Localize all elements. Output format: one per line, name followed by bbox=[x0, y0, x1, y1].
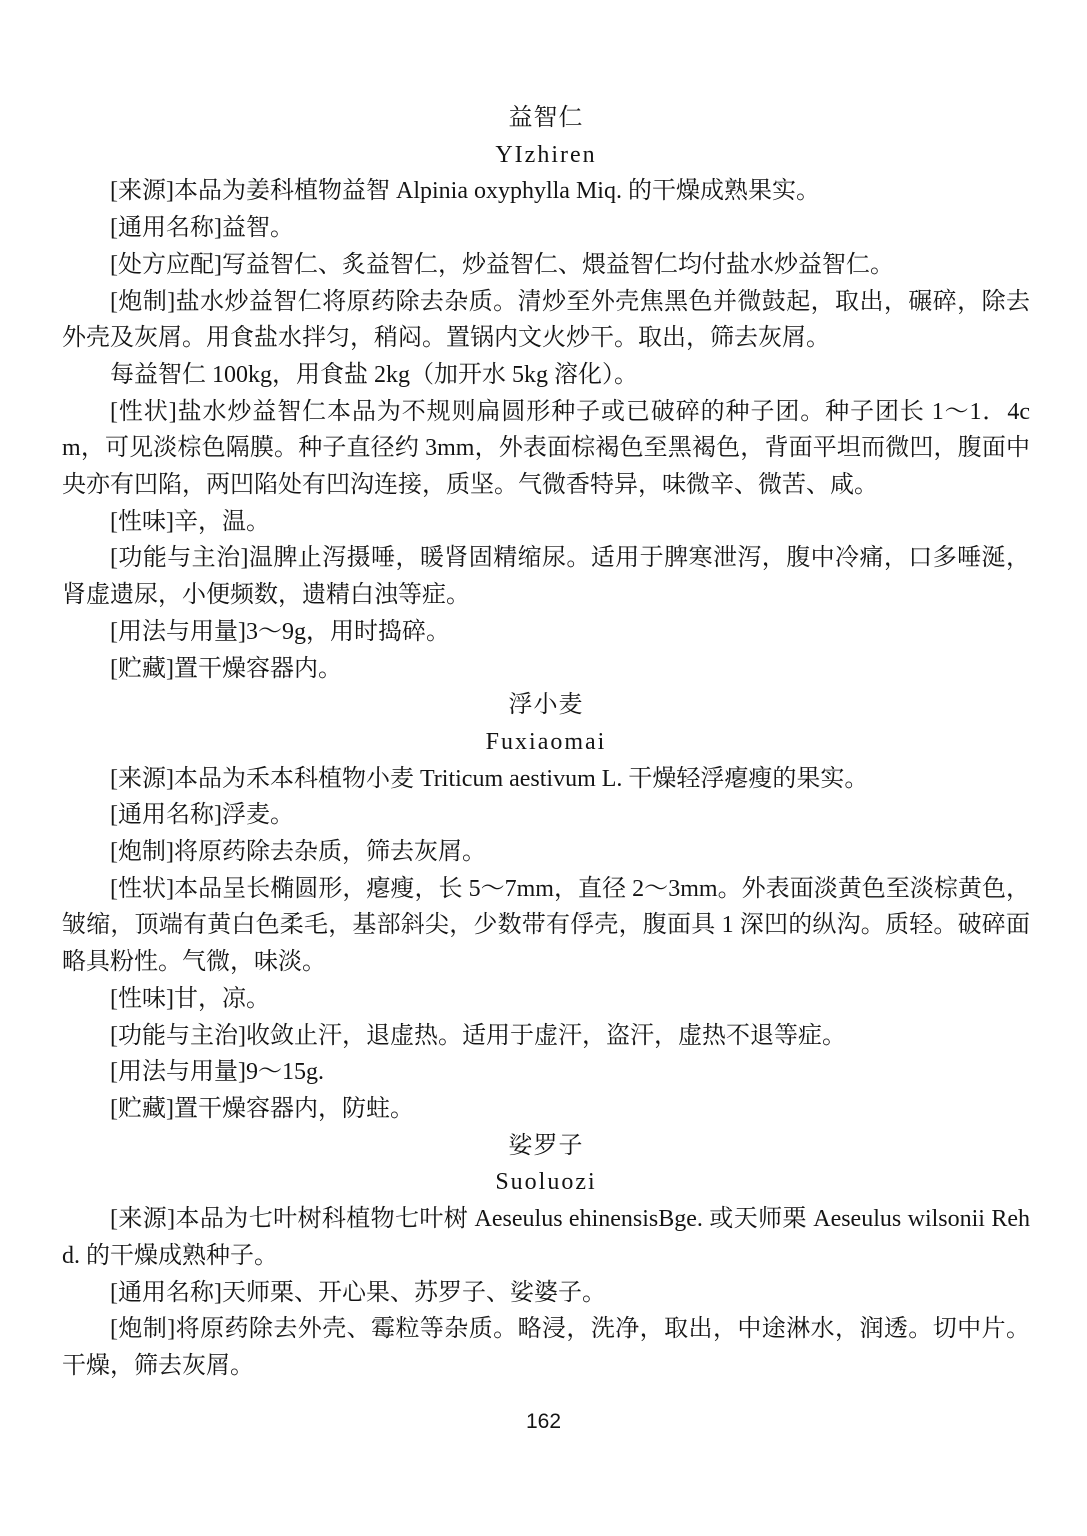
para-chufang-yingpei: [处方应配]写益智仁、炙益智仁，炒益智仁、煨益智仁均付盐水炒益智仁。 bbox=[62, 247, 1030, 284]
para-zhucang: [贮藏]置干燥容器内。 bbox=[62, 651, 1030, 688]
section-pinyin: YIzhiren bbox=[62, 137, 1030, 174]
section-pinyin: Fuxiaomai bbox=[62, 724, 1030, 761]
document-page: 益智仁 YIzhiren [来源]本品为姜科植物益智 Alpinia oxyph… bbox=[0, 0, 1087, 1536]
section-title: 益智仁 bbox=[62, 100, 1030, 137]
section-suoluozi: 娑罗子 Suoluozi [来源]本品为七叶树科植物七叶树 Aeseulus e… bbox=[62, 1128, 1030, 1385]
para-tongyong-mingcheng: [通用名称]浮麦。 bbox=[62, 797, 1030, 834]
section-pinyin: Suoluozi bbox=[62, 1164, 1030, 1201]
para-laiyuan: [来源]本品为七叶树科植物七叶树 Aeseulus ehinensisBge. … bbox=[62, 1201, 1030, 1274]
section-yizhiren: 益智仁 YIzhiren [来源]本品为姜科植物益智 Alpinia oxyph… bbox=[62, 100, 1030, 687]
para-yongfa-yongliang: [用法与用量]3～9g，用时捣碎。 bbox=[62, 614, 1030, 651]
para-fuliao-bili: 每益智仁 100kg，用食盐 2kg（加开水 5kg 溶化）。 bbox=[62, 357, 1030, 394]
para-xingwei: [性味]甘，凉。 bbox=[62, 981, 1030, 1018]
para-zhucang: [贮藏]置干燥容器内，防蛀。 bbox=[62, 1091, 1030, 1128]
para-xingwei: [性味]辛，温。 bbox=[62, 504, 1030, 541]
section-title: 浮小麦 bbox=[62, 687, 1030, 724]
para-yongfa-yongliang: [用法与用量]9～15g. bbox=[62, 1054, 1030, 1091]
para-paozhi: [炮制]将原药除去外壳、霉粒等杂质。略浸，洗净，取出，中途淋水，润透。切中片。干… bbox=[62, 1311, 1030, 1384]
page-number: 162 bbox=[0, 1410, 1087, 1434]
para-tongyong-mingcheng: [通用名称]天师栗、开心果、苏罗子、娑婆子。 bbox=[62, 1275, 1030, 1312]
para-xingzhuang: [性状]盐水炒益智仁本品为不规则扁圆形种子或已破碎的种子团。种子团长 1～1．4… bbox=[62, 394, 1030, 504]
para-xingzhuang: [性状]本品呈长椭圆形，瘪瘦，长 5～7mm，直径 2～3mm。外表面淡黄色至淡… bbox=[62, 871, 1030, 981]
para-gongneng-zhuzhi: [功能与主治]收敛止汗，退虚热。适用于虚汗，盗汗，虚热不退等症。 bbox=[62, 1018, 1030, 1055]
section-fuxiaomai: 浮小麦 Fuxiaomai [来源]本品为禾本科植物小麦 Triticum ae… bbox=[62, 687, 1030, 1127]
para-laiyuan: [来源]本品为姜科植物益智 Alpinia oxyphylla Miq. 的干燥… bbox=[62, 173, 1030, 210]
para-paozhi: [炮制]将原药除去杂质，筛去灰屑。 bbox=[62, 834, 1030, 871]
para-tongyong-mingcheng: [通用名称]益智。 bbox=[62, 210, 1030, 247]
para-gongneng-zhuzhi: [功能与主治]温脾止泻摄唾，暖肾固精缩尿。适用于脾寒泄泻，腹中冷痛，口多唾涎，肾… bbox=[62, 540, 1030, 613]
section-title: 娑罗子 bbox=[62, 1128, 1030, 1165]
para-laiyuan: [来源]本品为禾本科植物小麦 Triticum aestivum L. 干燥轻浮… bbox=[62, 761, 1030, 798]
para-paozhi: [炮制]盐水炒益智仁将原药除去杂质。清炒至外壳焦黑色并微鼓起，取出，碾碎，除去外… bbox=[62, 284, 1030, 357]
